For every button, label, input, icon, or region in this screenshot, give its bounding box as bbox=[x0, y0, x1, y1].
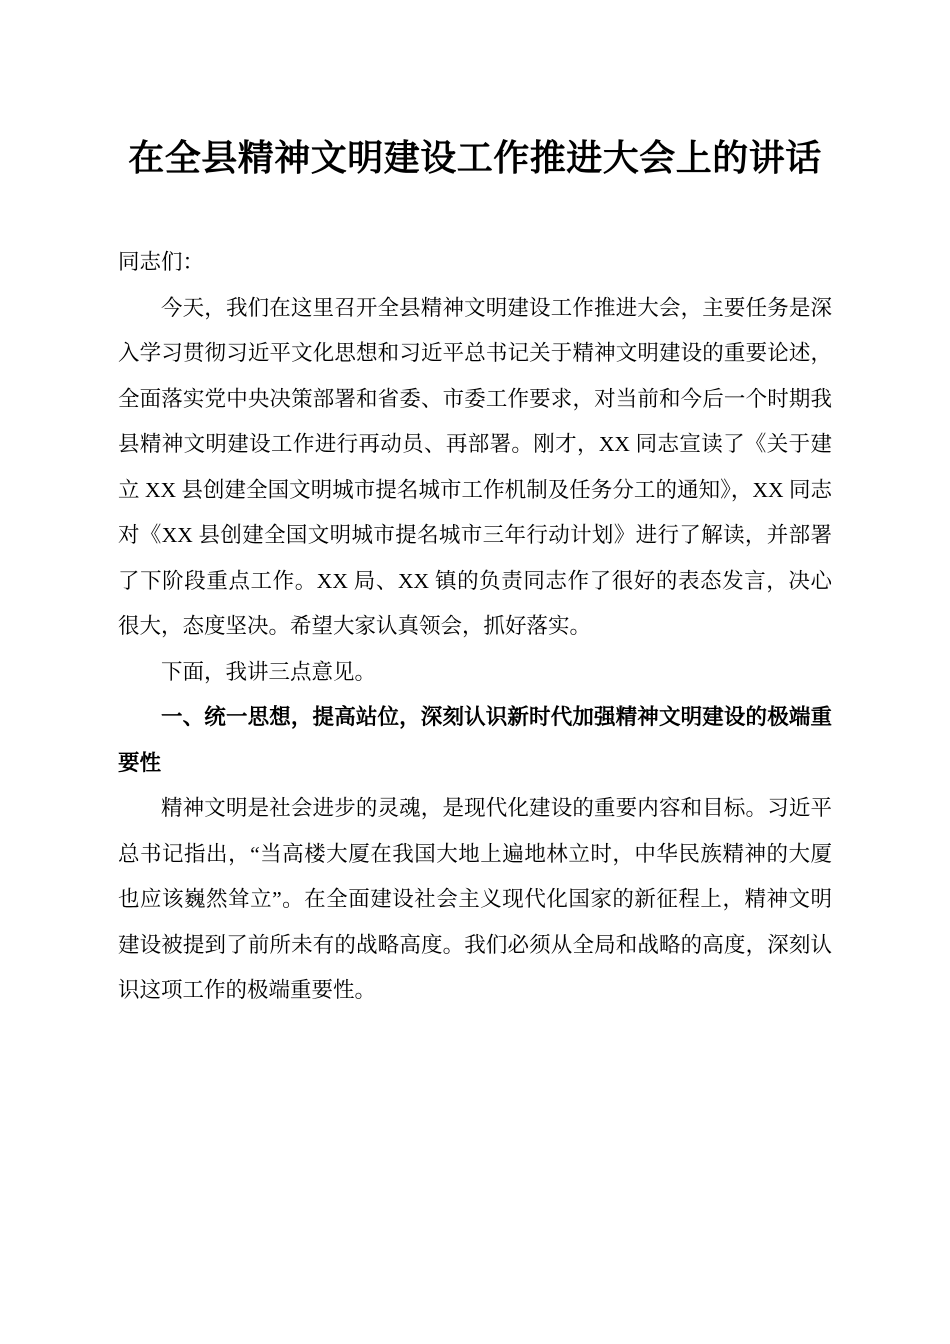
document-title: 在全县精神文明建设工作推进大会上的讲话 bbox=[118, 132, 832, 184]
paragraph-transition: 下面，我讲三点意见。 bbox=[118, 650, 832, 696]
document-page: 在全县精神文明建设工作推进大会上的讲话 同志们： 今天，我们在这里召开全县精神文… bbox=[0, 0, 950, 1344]
paragraph-section-1-body: 精神文明是社会进步的灵魂，是现代化建设的重要内容和目标。习近平总书记指出，“当高… bbox=[118, 786, 832, 1014]
section-heading-1: 一、统一思想，提高站位，深刻认识新时代加强精神文明建设的极端重要性 bbox=[118, 695, 832, 786]
paragraph-opening: 今天，我们在这里召开全县精神文明建设工作推进大会，主要任务是深入学习贯彻习近平文… bbox=[118, 286, 832, 650]
document-body: 同志们： 今天，我们在这里召开全县精神文明建设工作推进大会，主要任务是深入学习贯… bbox=[118, 240, 832, 1014]
salutation-line: 同志们： bbox=[118, 240, 832, 286]
